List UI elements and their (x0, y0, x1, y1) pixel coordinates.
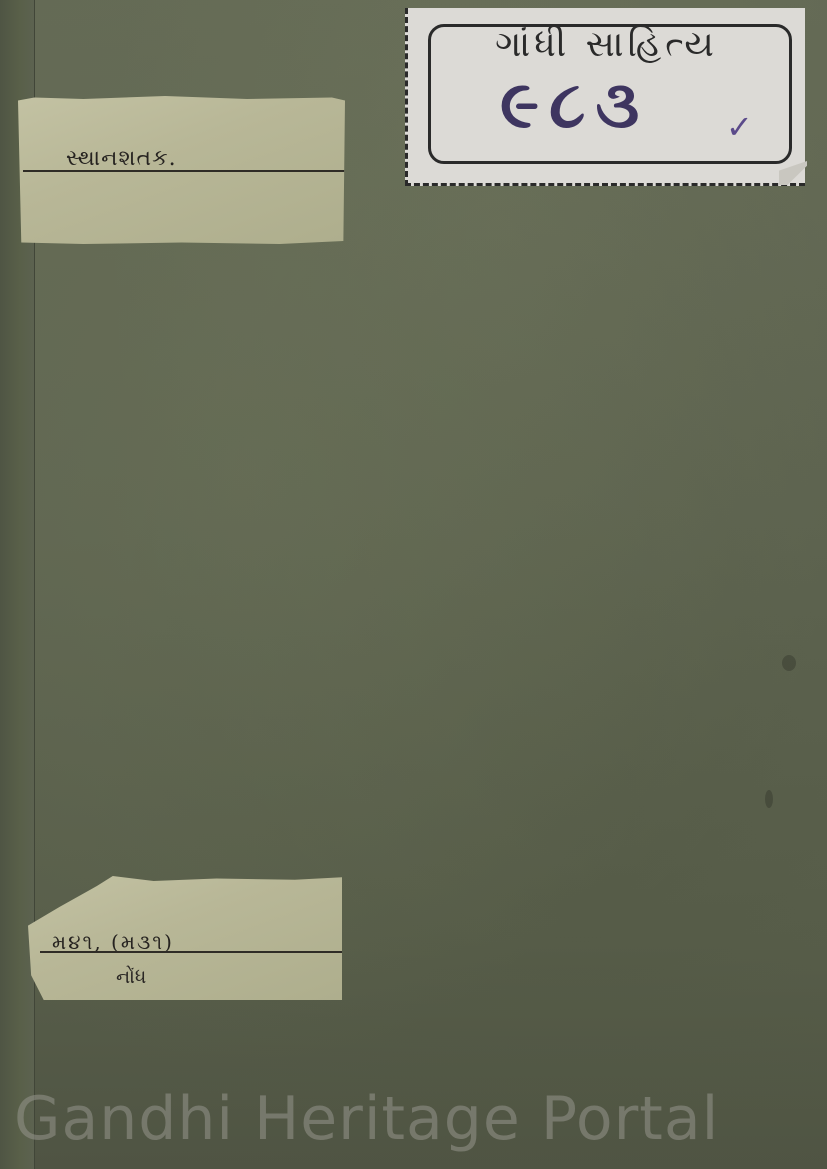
label-rule-line (23, 170, 345, 172)
library-collection-title: ગાંધી સાહિત્ય (408, 24, 805, 66)
book-title-label: સ્થાનશતક. (18, 96, 345, 244)
book-title-handwritten: સ્થાનશતક. (66, 146, 177, 171)
portal-watermark: Gandhi Heritage Portal (14, 1084, 719, 1154)
library-catalog-sticker: ગાંધી સાહિત્ય ૯૮૩ ✓ (405, 8, 805, 186)
cover-stain (782, 655, 796, 671)
check-mark-icon: ✓ (726, 108, 753, 146)
cover-stain (765, 790, 773, 808)
shelf-note: નોંધ (116, 966, 146, 988)
folded-corner (779, 161, 807, 185)
catalog-number: ૯૮૩ (500, 66, 649, 145)
label-rule-line (40, 951, 342, 953)
